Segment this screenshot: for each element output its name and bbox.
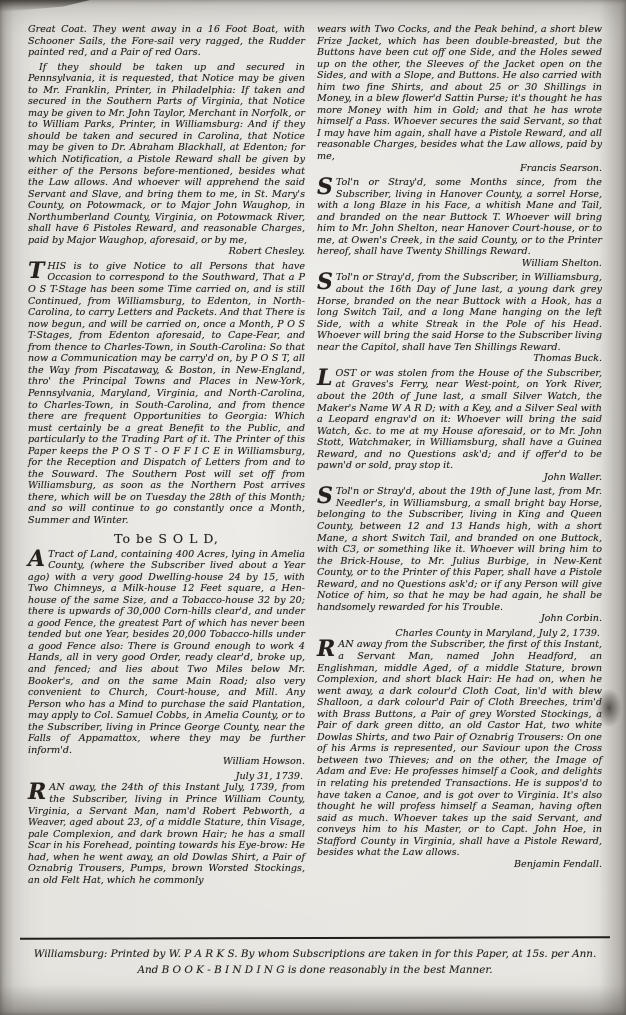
to-be-sold-heading: To be S O L D, (28, 532, 305, 546)
runaway-pebworth-continuation: wears with Two Cocks, and the Peak behin… (317, 24, 602, 174)
printer-imprint: Williamsburg: Printed by W. P A R K S. B… (20, 947, 610, 978)
drop-cap: A (28, 549, 48, 569)
ad-text: AN away, the 24th of this Instant July, … (28, 782, 305, 885)
strayed-sorrel-horse-ad: STol'n or Stray'd, some Months since, fr… (317, 177, 602, 269)
newspaper-page: Great Coat. They went away in a 16 Foot … (0, 0, 626, 1015)
scan-shadow-bottom (0, 985, 626, 1015)
lost-silver-watch-ad: LOST or was stolen from the House of the… (317, 368, 602, 483)
drop-cap: T (28, 261, 47, 281)
signature: Robert Chesley. (28, 246, 305, 258)
signature: Thomas Buck. (317, 353, 602, 365)
left-column: Great Coat. They went away in a 16 Foot … (28, 24, 305, 889)
runaway-pebworth-ad: RAN away, the 24th of this Instant July,… (28, 782, 305, 886)
ad-text: Tol'n or Stray'd, some Months since, fro… (317, 177, 602, 257)
ad-text: If they should be taken up and secured i… (28, 62, 305, 246)
drop-cap: S (317, 177, 336, 197)
ad-text: Great Coat. They went away in a 16 Foot … (28, 24, 305, 58)
signature: William Shelton. (317, 258, 602, 270)
ad-text: AN away from the Subscriber, the first o… (317, 639, 602, 858)
ad-runaway-reward-notice: If they should be taken up and secured i… (28, 62, 305, 258)
drop-cap: R (317, 639, 338, 659)
drop-cap: S (317, 486, 336, 506)
strayed-grey-horse-ad: STol'n or Stray'd, from the Subscriber, … (317, 272, 602, 364)
signature: William Howson. (28, 756, 305, 768)
runaway-headford-ad: RAN away from the Subscriber, the first … (317, 639, 602, 870)
ad-text: Tract of Land, containing 400 Acres, lyi… (28, 549, 305, 756)
ad-text: HIS is to give Notice to all Persons tha… (28, 261, 305, 526)
signature: John Waller. (317, 472, 602, 484)
signature: Francis Searson. (317, 163, 602, 175)
ad-text: wears with Two Cocks, and the Peak behin… (317, 24, 602, 162)
ad-text: Tol'n or Stray'd, about the 19th of June… (317, 486, 602, 612)
post-stage-notice: THIS is to give Notice to all Persons th… (28, 261, 305, 527)
scan-edge-smudge-top-left (0, 0, 90, 12)
ad-boat-description-continuation: Great Coat. They went away in a 16 Foot … (28, 24, 305, 59)
ad-text: Tol'n or Stray'd, from the Subscriber, i… (317, 272, 602, 352)
signature: Benjamin Fendall. (317, 859, 602, 871)
signature: John Corbin. (317, 613, 602, 625)
strayed-bay-horse-ad: STol'n or Stray'd, about the 19th of Jun… (317, 486, 602, 625)
ad-text: OST or was stolen from the House of the … (317, 368, 602, 471)
imprint-line-2: And B O O K - B I N D I N G is done reas… (20, 963, 610, 979)
footer-divider-rule (20, 936, 610, 940)
imprint-line-1: Williamsburg: Printed by W. P A R K S. B… (20, 947, 610, 963)
drop-cap: L (317, 368, 335, 388)
drop-cap: S (317, 272, 336, 292)
land-sale-ad: ATract of Land, containing 400 Acres, ly… (28, 549, 305, 768)
drop-cap: R (28, 782, 49, 802)
dateline-charles-county: Charles County in Maryland, July 2, 1739… (317, 628, 600, 640)
dateline-july-31: July 31, 1739. (28, 771, 303, 783)
right-column: wears with Two Cocks, and the Peak behin… (317, 24, 602, 873)
